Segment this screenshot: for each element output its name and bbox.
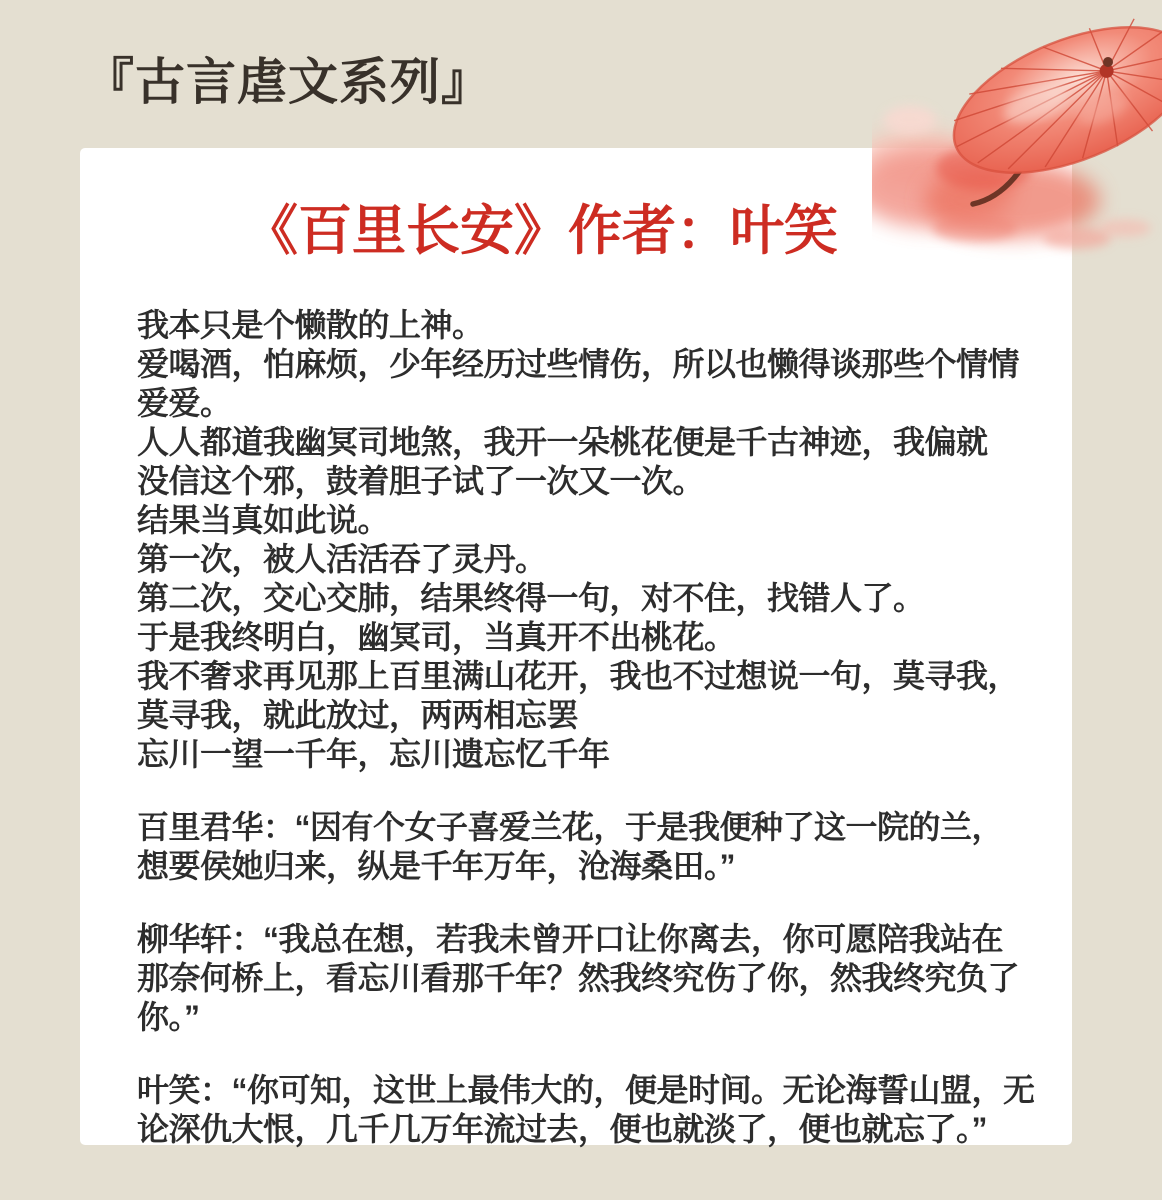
poster-page: 『古言虐文系列』 《百里长安》作者：叶笑 我本只是个懒散的上神。 爱喝酒，怕麻烦… — [0, 0, 1162, 1200]
book-title: 《百里长安》作者：叶笑 — [80, 188, 1072, 265]
book-card: 《百里长安》作者：叶笑 我本只是个懒散的上神。 爱喝酒，怕麻烦，少年经历过些情伤… — [80, 148, 1072, 1145]
quote-paragraph-liu-huaxuan: 柳华轩：“我总在想，若我未曾开口让你离去，你可愿陪我站在 那奈何桥上，看忘川看那… — [137, 920, 1052, 1037]
synopsis-paragraph: 我本只是个懒散的上神。 爱喝酒，怕麻烦，少年经历过些情伤，所以也懒得谈那些个情情… — [137, 306, 1052, 774]
book-synopsis: 我本只是个懒散的上神。 爱喝酒，怕麻烦，少年经历过些情伤，所以也懒得谈那些个情情… — [137, 306, 1052, 1149]
umbrella-tip-cap — [1103, 57, 1113, 67]
quote-paragraph-baili-junhua: 百里君华：“因有个女子喜爱兰花，于是我便种了这一院的兰， 想要侯她归来，纵是千年… — [137, 808, 1052, 886]
quote-paragraph-ye-xiao: 叶笑：“你可知，这世上最伟大的，便是时间。无论海誓山盟，无 论深仇大恨，几千几万… — [137, 1071, 1052, 1149]
series-title: 『古言虐文系列』 — [84, 42, 492, 114]
